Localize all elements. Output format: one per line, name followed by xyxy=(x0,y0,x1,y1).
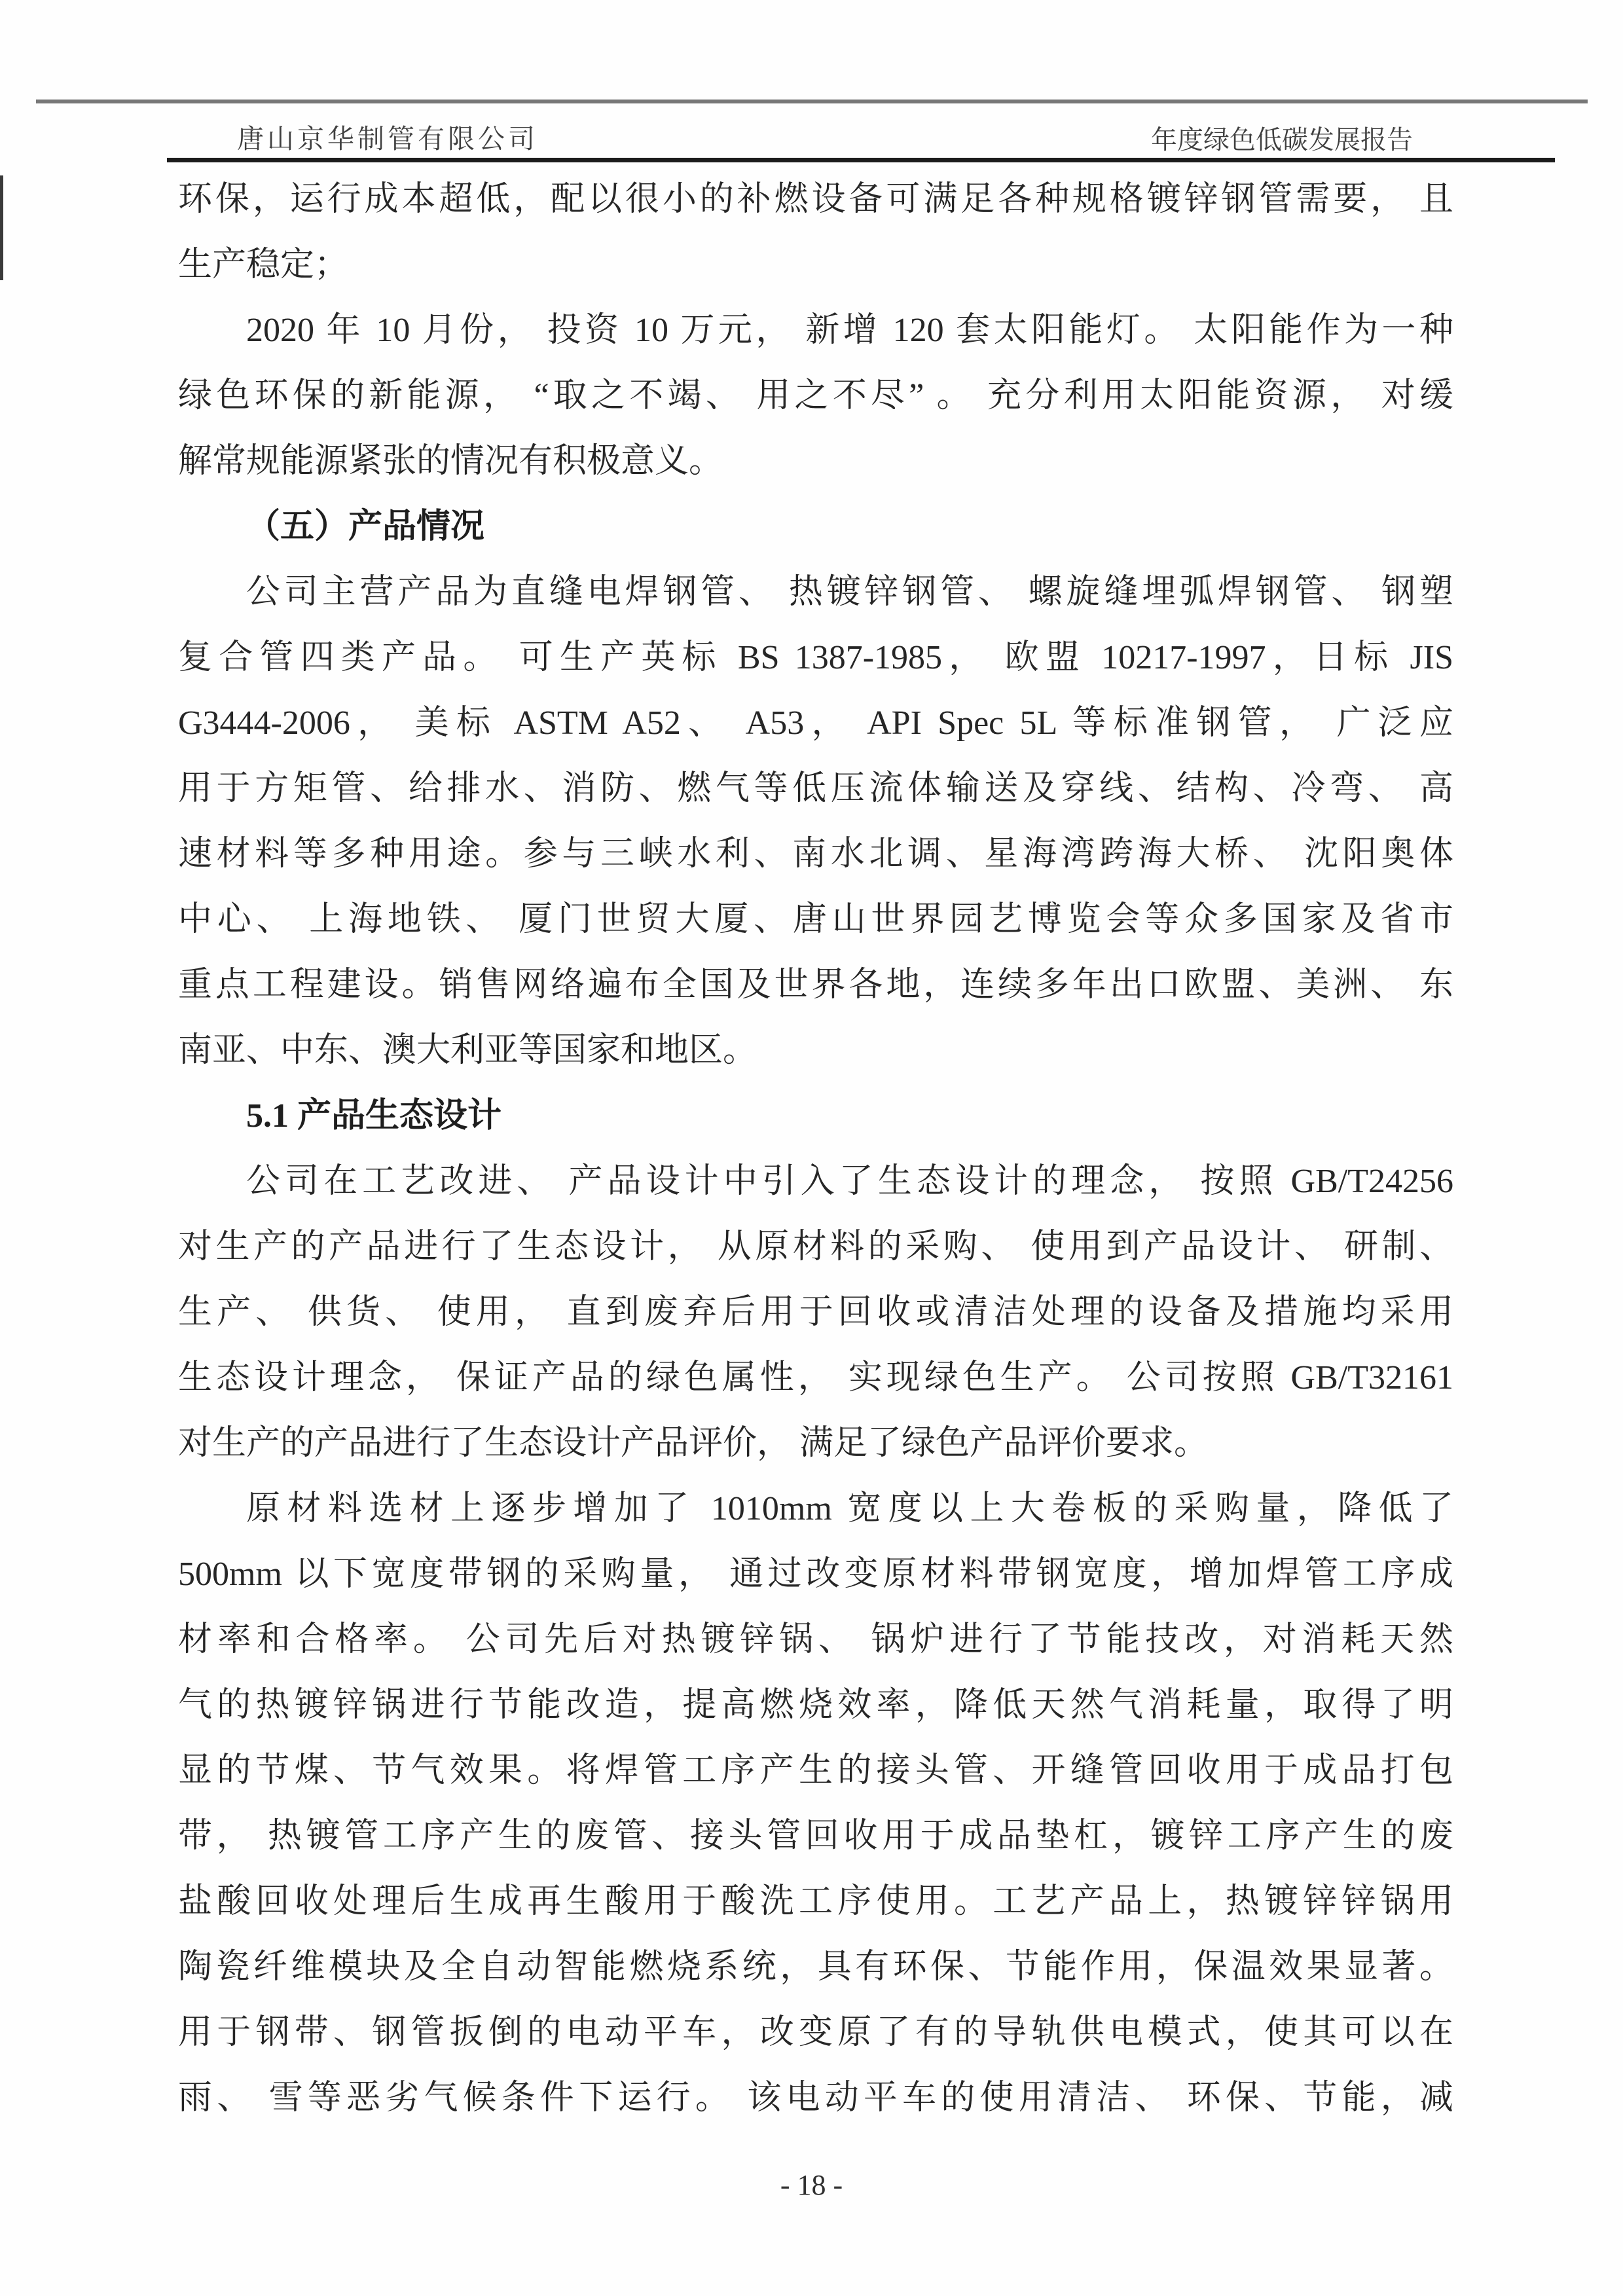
body-line: 原材料选材上逐步增加了 1010mm 宽度以上大卷板的采购量，降低了 xyxy=(178,1476,1453,1542)
body-line: 生产稳定； xyxy=(178,232,1453,298)
body-line: 中心、 上海地铁、 厦门世贸大厦、唐山世界园艺博览会等众多国家及省市 xyxy=(178,887,1453,953)
body-line: 南亚、中东、澳大利亚等国家和地区。 xyxy=(178,1018,1453,1084)
scan-artifact-top-line xyxy=(36,100,1588,103)
body-line: 解常规能源紧张的情况有积极意义。 xyxy=(178,429,1453,494)
body-line: 用于钢带、钢管扳倒的电动平车，改变原了有的导轨供电模式，使其可以在 xyxy=(178,2000,1453,2066)
body-line: 气的热镀锌锅进行节能改造，提高燃烧效率，降低天然气消耗量，取得了明 xyxy=(178,1673,1453,1738)
body-line: 环保，运行成本超低，配以很小的补燃设备可满足各种规格镀锌钢管需要， 且 xyxy=(178,167,1453,232)
body-line: 生态设计理念， 保证产品的绿色属性， 实现绿色生产。 公司按照 GB/T3216… xyxy=(178,1345,1453,1411)
header-report-title: 年度绿色低碳发展报告 xyxy=(1151,126,1413,155)
body-line: 材率和合格率。 公司先后对热镀锌锅、 锅炉进行了节能技改，对消耗天然 xyxy=(178,1607,1453,1673)
body-line: 2020 年 10 月份， 投资 10 万元， 新增 120 套太阳能灯。 太阳… xyxy=(178,298,1453,363)
body-line: 对生产的产品进行了生态设计产品评价， 满足了绿色产品评价要求。 xyxy=(178,1411,1453,1476)
body-line: 生产、 供货、 使用， 直到废弃后用于回收或清洁处理的设备及措施均采用 xyxy=(178,1280,1453,1345)
body-line: 用于方矩管、给排水、消防、燃气等低压流体输送及穿线、结构、冷弯、 高 xyxy=(178,756,1453,822)
body-line: 复合管四类产品。 可生产英标 BS 1387-1985， 欧盟 10217-19… xyxy=(178,625,1453,691)
body-line: 雨、 雪等恶劣气候条件下运行。 该电动平车的使用清洁、 环保、节能，减 xyxy=(178,2066,1453,2131)
page-footer: - 18 - xyxy=(0,2166,1623,2205)
body-line: 带， 热镀管工序产生的废管、接头管回收用于成品垫杠，镀锌工序产生的废 xyxy=(178,1804,1453,1869)
body-line: 重点工程建设。销售网络遍布全国及世界各地，连续多年出口欧盟、美洲、 东 xyxy=(178,953,1453,1018)
scan-artifact-left-edge xyxy=(0,175,3,280)
body-line: 速材料等多种用途。参与三峡水利、南水北调、星海湾跨海大桥、 沈阳奥体 xyxy=(178,822,1453,887)
body-line: 500mm 以下宽度带钢的采购量， 通过改变原材料带钢宽度，增加焊管工序成 xyxy=(178,1542,1453,1607)
document-body: 环保，运行成本超低，配以很小的补燃设备可满足各种规格镀锌钢管需要， 且生产稳定；… xyxy=(178,167,1453,2131)
page-number: - 18 - xyxy=(780,2169,843,2201)
document-page: 唐山京华制管有限公司 年度绿色低碳发展报告 环保，运行成本超低，配以很小的补燃设… xyxy=(0,0,1623,2296)
section-heading: 5.1 产品生态设计 xyxy=(178,1084,1453,1149)
body-line: 显的节煤、节气效果。将焊管工序产生的接头管、开缝管回收用于成品打包 xyxy=(178,1738,1453,1804)
body-line: 绿色环保的新能源， “取之不竭、 用之不尽” 。 充分利用太阳能资源， 对缓 xyxy=(178,363,1453,429)
body-line: G3444-2006， 美标 ASTM A52、 A53， API Spec 5… xyxy=(178,691,1453,756)
header-divider-rule xyxy=(167,158,1555,162)
body-line: 陶瓷纤维模块及全自动智能燃烧系统，具有环保、节能作用，保温效果显著。 xyxy=(178,1935,1453,2000)
header-company-name: 唐山京华制管有限公司 xyxy=(237,124,538,153)
body-line: 公司主营产品为直缝电焊钢管、 热镀锌钢管、 螺旋缝埋弧焊钢管、 钢塑 xyxy=(178,560,1453,625)
body-line: 公司在工艺改进、 产品设计中引入了生态设计的理念， 按照 GB/T24256 xyxy=(178,1149,1453,1214)
body-line: 盐酸回收处理后生成再生酸用于酸洗工序使用。工艺产品上，热镀锌锌锅用 xyxy=(178,1869,1453,1935)
body-line: 对生产的产品进行了生态设计， 从原材料的采购、 使用到产品设计、 研制、 xyxy=(178,1214,1453,1280)
section-heading: （五）产品情况 xyxy=(178,494,1453,560)
